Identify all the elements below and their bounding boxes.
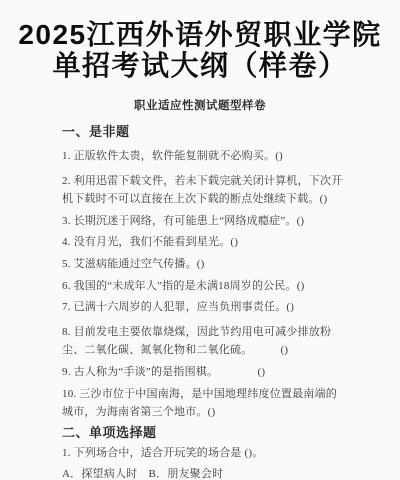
question-item-9: 9. 古人称为“手谈”的是指围棋。 () (62, 363, 348, 382)
question-item-5: 5. 艾滋病能通过空气传播。() (62, 255, 348, 274)
document-page: 2025江西外语外贸职业学院 单招考试大纲（样卷） 职业适应性测试题型样卷 一、… (0, 0, 400, 480)
document-title: 2025江西外语外贸职业学院 单招考试大纲（样卷） (0, 0, 400, 82)
question-item-8: 8. 目前发电主要依靠烧煤，因此节约用电可减少排放粉尘、二氧化碳、氮氧化物和二氧… (62, 323, 348, 360)
question-item-7: 7. 已满十六周岁的人犯罪，应当负刑事责任。() (62, 298, 348, 317)
document-subtitle: 职业适应性测试题型样卷 (0, 97, 400, 113)
document-body: 一、是非题 1. 正版软件太贵，软件能复制就不必购买。() 2. 利用迅雷下载文… (62, 124, 348, 480)
section-heading-single-choice: 二、单项选择题 (62, 425, 348, 441)
question-item-4: 4. 没有月光，我们不能看到星光。() (62, 233, 348, 252)
choice-question-1: 1. 下列场合中，适合开玩笑的场合是 ()。 (62, 444, 348, 463)
question-item-2: 2. 利用迅雷下载文件，若未下载完就关闭计算机，下次开机下载时不可以直接在上次下… (62, 172, 348, 209)
title-line-1: 2025江西外语外贸职业学院 (0, 19, 400, 50)
question-item-10: 10. 三沙市位于中国南海，是中国地理纬度位置最南端的城市，为海南省第三个地市。… (62, 385, 348, 422)
question-item-1: 1. 正版软件太贵，软件能复制就不必购买。() (62, 147, 348, 166)
choice-options: A．探望病人时 B．朋友聚会时 (62, 465, 348, 480)
question-item-3: 3. 长期沉迷于网络，有可能患上“网络成瘾症”。() (62, 212, 348, 231)
title-line-2: 单招考试大纲（样卷） (0, 50, 400, 81)
question-item-6: 6. 我国的“未成年人”指的是未满18周岁的公民。() (62, 277, 348, 296)
section-heading-true-false: 一、是非题 (62, 124, 348, 140)
